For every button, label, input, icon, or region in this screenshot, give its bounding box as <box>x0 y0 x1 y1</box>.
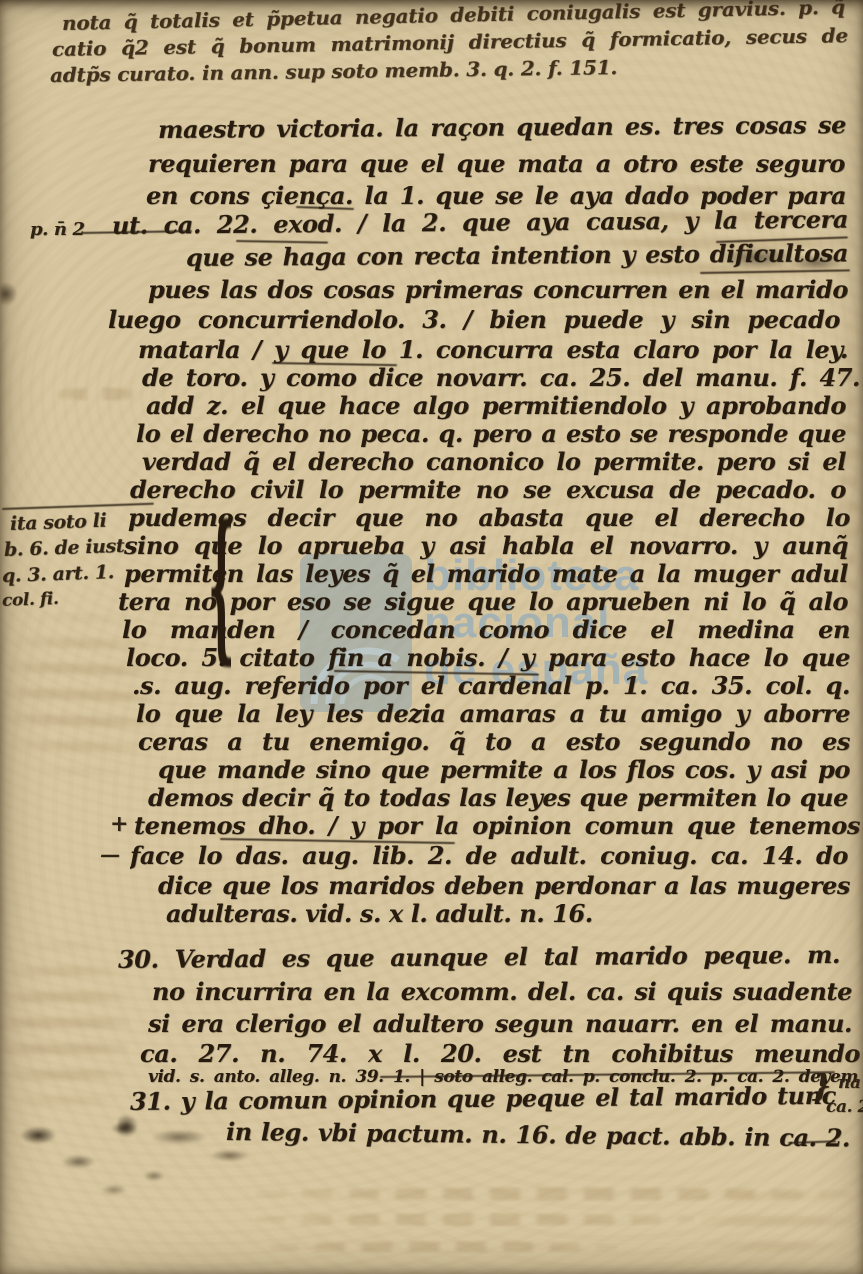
body-line: que mande sino que permite a los flos co… <box>158 756 850 786</box>
manuscript-scan: { "page": { "description": "Handwritten … <box>0 0 863 1274</box>
margin-line: ca. 2 <box>826 1098 863 1118</box>
body-line: requieren para que el que mata a otro es… <box>148 150 845 180</box>
body-line: 30. Verdad es que aunque el tal marido p… <box>118 941 840 976</box>
body-line: lo el derecho no peca. q. pero a esto se… <box>136 420 846 450</box>
body-line: adulteras. vid. s. x l. adult. n. 16. <box>166 900 593 928</box>
body-line: face lo das. aug. lib. 2. de adult. coni… <box>130 842 848 872</box>
body-line: maestro victoria. la raçon quedan es. tr… <box>158 111 846 146</box>
body-line: ceras a tu enemigo. q̃ to a esto segundo… <box>138 728 850 758</box>
margin-line: q. 3. art. 1. <box>2 562 115 588</box>
body-line: luego concurriendolo. 3. / bien puede y … <box>108 306 840 336</box>
body-line: matarla / y que lo 1. concurra esta clar… <box>138 336 848 366</box>
margin-line: b. 6. de iust <box>4 536 125 562</box>
margin-line: — <box>100 843 120 866</box>
body-line: pudemos decir que no abasta que el derec… <box>128 504 850 534</box>
body-line: ut. ca. 22. exod. / la 2. que aya causa,… <box>112 206 848 242</box>
body-line: dice que los maridos deben perdonar a la… <box>158 872 850 902</box>
body-line: no incurrira en la excomm. del. ca. si q… <box>152 978 852 1008</box>
body-line: 31. y la comun opinion que peque el tal … <box>130 1082 836 1118</box>
margin-line: na <box>838 1074 861 1094</box>
body-line: derecho civil lo permite no se excusa de… <box>130 476 846 506</box>
body-line: si era clerigo el adultero segun nauarr.… <box>148 1010 852 1040</box>
body-line: que se haga con recta intention y esto d… <box>186 239 848 274</box>
body-line: verdad q̃ el derecho canonico lo permite… <box>142 448 846 478</box>
margin-line: + <box>110 812 128 837</box>
body-line: demos decir q̃ to todas las leyes que pe… <box>148 784 848 814</box>
body-line: add z. el que hace algo permitiendolo y … <box>146 392 846 422</box>
paragraph-brace: { <box>208 492 235 681</box>
body-line: lo que la ley les dezia amaras a tu amig… <box>136 700 850 730</box>
body-line: .s. aug. referido por el cardenal p. 1. … <box>132 672 850 702</box>
margin-line: col. fi. <box>2 590 59 612</box>
body-line: de toro. y como dice novarr. ca. 25. del… <box>142 364 860 394</box>
margin-line: ita soto li <box>10 511 107 536</box>
body-line: ca. 27. n. 74. x l. 20. est tn cohibitus… <box>140 1040 860 1070</box>
margin-line: p. n̄ 2 <box>30 220 85 241</box>
body-line: pues las dos cosas primeras concurren en… <box>148 276 848 306</box>
